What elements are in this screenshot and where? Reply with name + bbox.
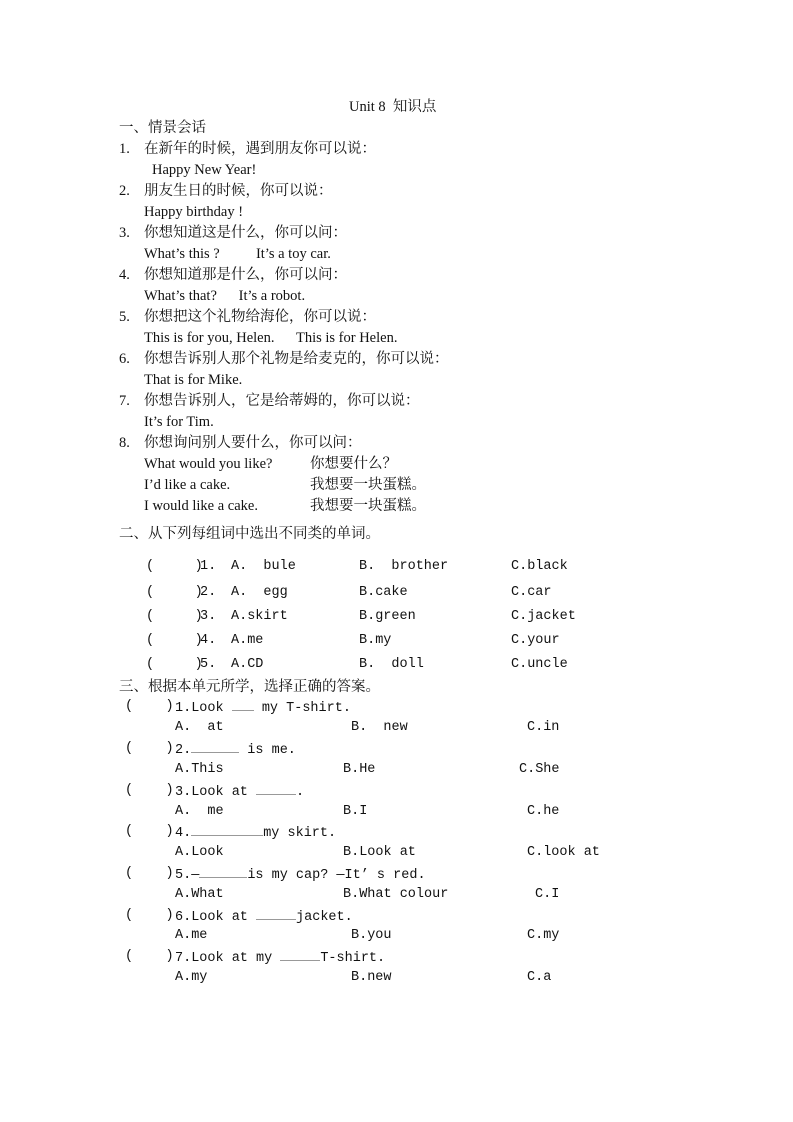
answer-blank[interactable]: ( ) bbox=[146, 584, 203, 602]
option-a: A.me bbox=[175, 927, 207, 945]
item-6-number: 6. bbox=[119, 350, 130, 368]
option-b: B.you bbox=[351, 927, 392, 945]
question-stem: 2. is me. bbox=[175, 740, 296, 760]
option-c: C.he bbox=[527, 803, 559, 821]
item-8-translation-3: 我想要一块蛋糕。 bbox=[310, 497, 426, 515]
option-a: A. me bbox=[175, 803, 224, 821]
stem-pre: 6.Look at bbox=[175, 910, 256, 925]
fill-blank[interactable] bbox=[191, 823, 263, 836]
option-c: C.black bbox=[511, 558, 568, 576]
item-8-phrase-2: I’d like a cake. bbox=[144, 476, 230, 494]
question-number: 3. bbox=[200, 608, 216, 626]
answer-blank[interactable]: ( ) bbox=[125, 823, 174, 841]
item-5-number: 5. bbox=[119, 308, 130, 326]
item-5-phrase: This is for you, Helen. This is for Hele… bbox=[144, 329, 397, 347]
stem-post: my skirt. bbox=[263, 826, 336, 841]
item-4-number: 4. bbox=[119, 266, 130, 284]
option-c: C.your bbox=[511, 632, 560, 650]
item-3-prompt: 你想知道这是什么，你可以问： bbox=[144, 224, 347, 242]
option-a: A.CD bbox=[231, 656, 263, 674]
item-4-prompt: 你想知道那是什么，你可以问： bbox=[144, 266, 347, 284]
option-a: A. egg bbox=[231, 584, 288, 602]
page-title: Unit 8 知识点 bbox=[349, 98, 436, 116]
answer-blank[interactable]: ( ) bbox=[125, 907, 174, 925]
question-stem: 6.Look at jacket. bbox=[175, 907, 353, 927]
question-number: 1. bbox=[200, 558, 216, 576]
fill-blank[interactable] bbox=[256, 782, 296, 795]
option-c: C.She bbox=[519, 761, 560, 779]
item-8-prompt: 你想询问别人要什么，你可以问： bbox=[144, 434, 362, 452]
stem-pre: 5.— bbox=[175, 868, 199, 883]
answer-blank[interactable]: ( ) bbox=[125, 740, 174, 758]
option-a: A. at bbox=[175, 719, 224, 737]
question-number: 5. bbox=[200, 656, 216, 674]
section-3-heading: 三、根据本单元所学，选择正确的答案。 bbox=[119, 678, 380, 696]
item-1-prompt: 在新年的时候，遇到朋友你可以说： bbox=[144, 140, 376, 158]
stem-post: jacket. bbox=[296, 910, 353, 925]
stem-pre: 4. bbox=[175, 826, 191, 841]
option-c: C.jacket bbox=[511, 608, 576, 626]
item-8-phrase-1: What would you like? bbox=[144, 455, 272, 473]
section-2-heading: 二、从下列每组词中选出不同类的单词。 bbox=[119, 525, 380, 543]
option-b: B.What colour bbox=[343, 886, 448, 904]
fill-blank[interactable] bbox=[280, 948, 320, 961]
option-a: A.skirt bbox=[231, 608, 288, 626]
option-c: C.look at bbox=[527, 844, 600, 862]
option-a: A.What bbox=[175, 886, 224, 904]
option-c: C.a bbox=[527, 969, 551, 987]
item-5-prompt: 你想把这个礼物给海伦，你可以说： bbox=[144, 308, 376, 326]
answer-blank[interactable]: ( ) bbox=[125, 782, 174, 800]
option-b: B.I bbox=[343, 803, 367, 821]
option-b: B.Look at bbox=[343, 844, 416, 862]
item-2-phrase: Happy birthday ! bbox=[144, 203, 243, 221]
option-b: B.new bbox=[351, 969, 392, 987]
stem-post: is my cap? —It’ s red. bbox=[247, 868, 425, 883]
option-a: A.me bbox=[231, 632, 263, 650]
stem-pre: 2. bbox=[175, 743, 191, 758]
option-b: B. new bbox=[351, 719, 408, 737]
option-c: C.I bbox=[535, 886, 559, 904]
question-number: 4. bbox=[200, 632, 216, 650]
answer-blank[interactable]: ( ) bbox=[125, 865, 174, 883]
fill-blank[interactable] bbox=[256, 907, 296, 920]
stem-pre: 7.Look at my bbox=[175, 951, 280, 966]
option-b: B. brother bbox=[359, 558, 448, 576]
answer-blank[interactable]: ( ) bbox=[125, 948, 174, 966]
answer-blank[interactable]: ( ) bbox=[125, 698, 174, 716]
stem-post: my T-shirt. bbox=[254, 701, 351, 716]
section-1-heading: 一、情景会话 bbox=[119, 119, 206, 137]
stem-pre: 3.Look at bbox=[175, 785, 256, 800]
answer-blank[interactable]: ( ) bbox=[146, 558, 203, 576]
stem-post: is me. bbox=[239, 743, 296, 758]
option-c: C.uncle bbox=[511, 656, 568, 674]
question-stem: 7.Look at my T-shirt. bbox=[175, 948, 385, 968]
fill-blank[interactable] bbox=[232, 698, 254, 711]
answer-blank[interactable]: ( ) bbox=[146, 656, 203, 674]
item-7-phrase: It’s for Tim. bbox=[144, 413, 214, 431]
item-6-phrase: That is for Mike. bbox=[144, 371, 242, 389]
option-a: A.Look bbox=[175, 844, 224, 862]
stem-post: . bbox=[296, 785, 304, 800]
item-7-number: 7. bbox=[119, 392, 130, 410]
option-c: C.in bbox=[527, 719, 559, 737]
stem-post: T-shirt. bbox=[320, 951, 385, 966]
question-number: 2. bbox=[200, 584, 216, 602]
item-1-number: 1. bbox=[119, 140, 130, 158]
item-6-prompt: 你想告诉别人那个礼物是给麦克的，你可以说： bbox=[144, 350, 449, 368]
option-c: C.my bbox=[527, 927, 559, 945]
fill-blank[interactable] bbox=[191, 740, 239, 753]
question-stem: 5.—is my cap? —It’ s red. bbox=[175, 865, 426, 885]
option-b: B.green bbox=[359, 608, 416, 626]
option-b: B. doll bbox=[359, 656, 424, 674]
item-1-phrase: Happy New Year! bbox=[152, 161, 256, 179]
option-c: C.car bbox=[511, 584, 552, 602]
item-3-phrase: What’s this ? It’s a toy car. bbox=[144, 245, 331, 263]
option-b: B.my bbox=[359, 632, 391, 650]
answer-blank[interactable]: ( ) bbox=[146, 608, 203, 626]
stem-pre: 1.Look bbox=[175, 701, 232, 716]
item-8-translation-1: 你想要什么？ bbox=[310, 455, 397, 473]
question-stem: 4.my skirt. bbox=[175, 823, 336, 843]
item-8-translation-2: 我想要一块蛋糕。 bbox=[310, 476, 426, 494]
item-8-number: 8. bbox=[119, 434, 130, 452]
item-7-prompt: 你想告诉别人，它是给蒂姆的，你可以说： bbox=[144, 392, 420, 410]
option-a: A. bule bbox=[231, 558, 296, 576]
item-2-number: 2. bbox=[119, 182, 130, 200]
answer-blank[interactable]: ( ) bbox=[146, 632, 203, 650]
item-8-phrase-3: I would like a cake. bbox=[144, 497, 258, 515]
question-stem: 1.Look my T-shirt. bbox=[175, 698, 351, 718]
option-b: B.He bbox=[343, 761, 375, 779]
item-3-number: 3. bbox=[119, 224, 130, 242]
option-b: B.cake bbox=[359, 584, 408, 602]
item-4-phrase: What’s that? It’s a robot. bbox=[144, 287, 305, 305]
question-stem: 3.Look at . bbox=[175, 782, 304, 802]
option-a: A.my bbox=[175, 969, 207, 987]
option-a: A.This bbox=[175, 761, 224, 779]
item-2-prompt: 朋友生日的时候，你可以说： bbox=[144, 182, 333, 200]
fill-blank[interactable] bbox=[199, 865, 247, 878]
